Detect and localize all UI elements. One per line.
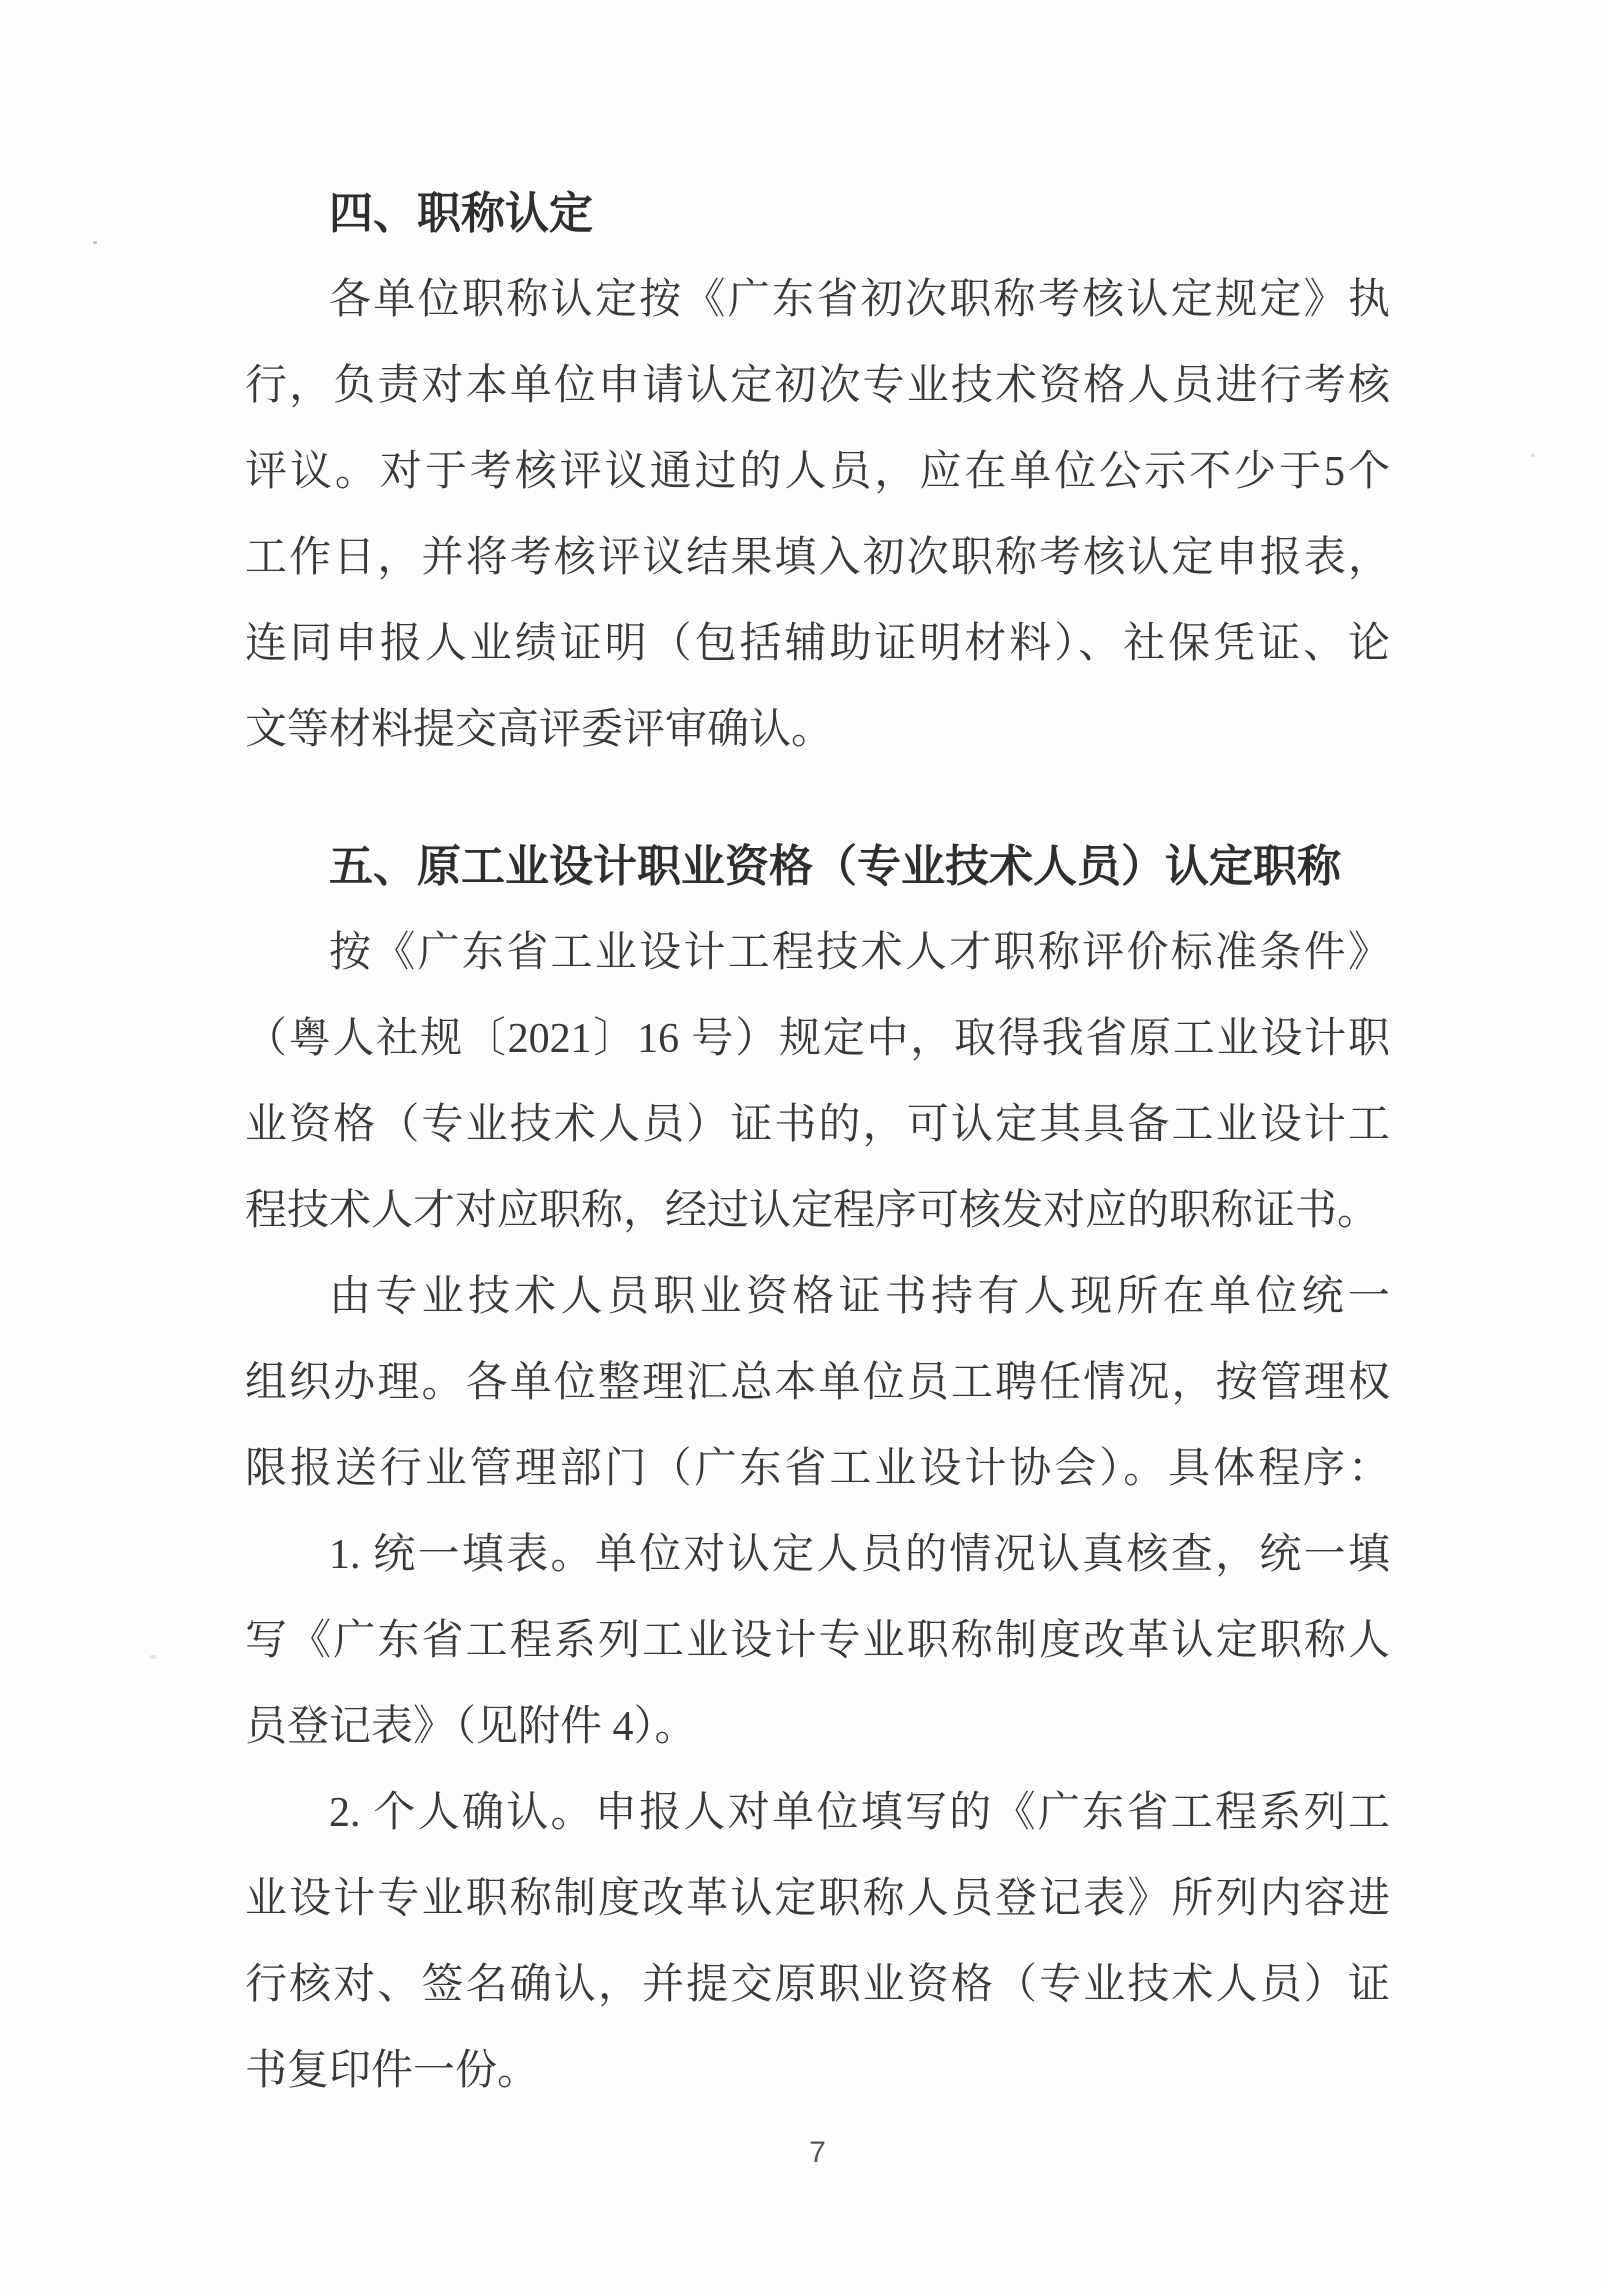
scan-speck xyxy=(93,241,97,244)
page-number: 7 xyxy=(245,2136,1390,2170)
document-page: 四、职称认定各单位职称认定按《广东省初次职称考核认定规定》执行，负责对本单位申请… xyxy=(0,0,1606,2290)
text-line: 工作日，并将考核评议结果填入初次职称考核认定申报表， xyxy=(245,515,1390,601)
text-line: 由专业技术人员职业资格证书持有人现所在单位统一 xyxy=(245,1254,1390,1340)
text-line: 按《广东省工业设计工程技术人才职称评价标准条件》 xyxy=(245,910,1390,996)
section-heading: 五、原工业设计职业资格（专业技术人员）认定职称 xyxy=(245,824,1390,910)
text-line: 连同申报人业绩证明（包括辅助证明材料）、社保凭证、论 xyxy=(245,601,1390,687)
text-line: 2. 个人确认。申报人对单位填写的《广东省工程系列工 xyxy=(245,1770,1390,1856)
text-line: 组织办理。各单位整理汇总本单位员工聘任情况，按管理权 xyxy=(245,1340,1390,1426)
text-line: （粤人社规〔2021〕16 号）规定中，取得我省原工业设计职 xyxy=(245,996,1390,1082)
text-line: 业设计专业职称制度改革认定职称人员登记表》所列内容进 xyxy=(245,1856,1390,1942)
text-line: 1. 统一填表。单位对认定人员的情况认真核查，统一填 xyxy=(245,1512,1390,1598)
scan-speck xyxy=(1531,454,1535,457)
text-line: 书复印件一份。 xyxy=(245,2028,1390,2114)
text-line: 业资格（专业技术人员）证书的，可认定其具备工业设计工 xyxy=(245,1082,1390,1168)
text-line: 程技术人才对应职称，经过认定程序可核发对应的职称证书。 xyxy=(245,1168,1390,1254)
text-line: 文等材料提交高评委评审确认。 xyxy=(245,687,1390,773)
section-heading: 四、职称认定 xyxy=(245,171,1390,257)
text-line: 写《广东省工程系列工业设计专业职称制度改革认定职称人 xyxy=(245,1598,1390,1684)
text-line: 各单位职称认定按《广东省初次职称考核认定规定》执 xyxy=(245,257,1390,343)
text-line: 限报送行业管理部门（广东省工业设计协会）。具体程序： xyxy=(245,1426,1390,1512)
scan-speck xyxy=(150,1655,157,1659)
text-line: 行，负责对本单位申请认定初次专业技术资格人员进行考核 xyxy=(245,343,1390,429)
text-line: 行核对、签名确认，并提交原职业资格（专业技术人员）证 xyxy=(245,1942,1390,2028)
text-line: 员登记表》（见附件 4）。 xyxy=(245,1684,1390,1770)
text-block: 四、职称认定各单位职称认定按《广东省初次职称考核认定规定》执行，负责对本单位申请… xyxy=(245,171,1390,2114)
text-line: 评议。对于考核评议通过的人员，应在单位公示不少于5个 xyxy=(245,429,1390,515)
